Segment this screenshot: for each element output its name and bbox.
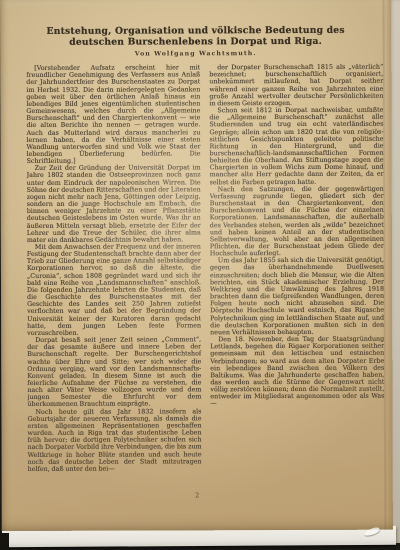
- body-paragraph: Mit dem Anwachsen der Frequenz und der i…: [27, 243, 201, 337]
- column-left: [Vorstehender Aufsatz erscheint hier mit…: [26, 64, 201, 489]
- scanned-page: Entstehung, Organisation und völkische B…: [0, 0, 393, 531]
- body-paragraph: Zur Zeit der Gründung der Universität Do…: [27, 165, 201, 244]
- body-paragraph: Noch heute gilt das Jahr 1832 insofern a…: [27, 408, 201, 473]
- body-paragraph: Nach den Satzungen, die der gegenwärtige…: [210, 185, 384, 257]
- column-right: der Dorpater Burschenschaft 1815 als „vä…: [209, 64, 384, 489]
- text-columns: [Vorstehender Aufsatz erscheint hier mit…: [0, 57, 393, 489]
- body-paragraph: Dorpat besaß seit jener Zeit seinen „Com…: [27, 336, 201, 408]
- scanner-background-corner: [0, 533, 9, 550]
- scanned-document-view: { "document": { "title": "Entstehung, Or…: [0, 0, 400, 550]
- page-content: Entstehung, Organisation und völkische B…: [0, 0, 393, 531]
- body-paragraph: der Dorpater Burschenschaft 1815 als „vä…: [209, 64, 383, 108]
- page-number: 2: [2, 491, 393, 500]
- body-paragraph: Um das Jahr 1855 sah sich die Universitä…: [210, 257, 384, 336]
- body-paragraph: Schon seit 1812 in Dorpat nachweisbar, u…: [209, 107, 383, 186]
- body-paragraph: Den 18. November, den Tag der Staatsgrün…: [210, 336, 384, 408]
- body-paragraph: [Vorstehender Aufsatz erscheint hier mit…: [26, 64, 200, 165]
- article-title: Entstehung, Organisation und völkische B…: [21, 0, 369, 49]
